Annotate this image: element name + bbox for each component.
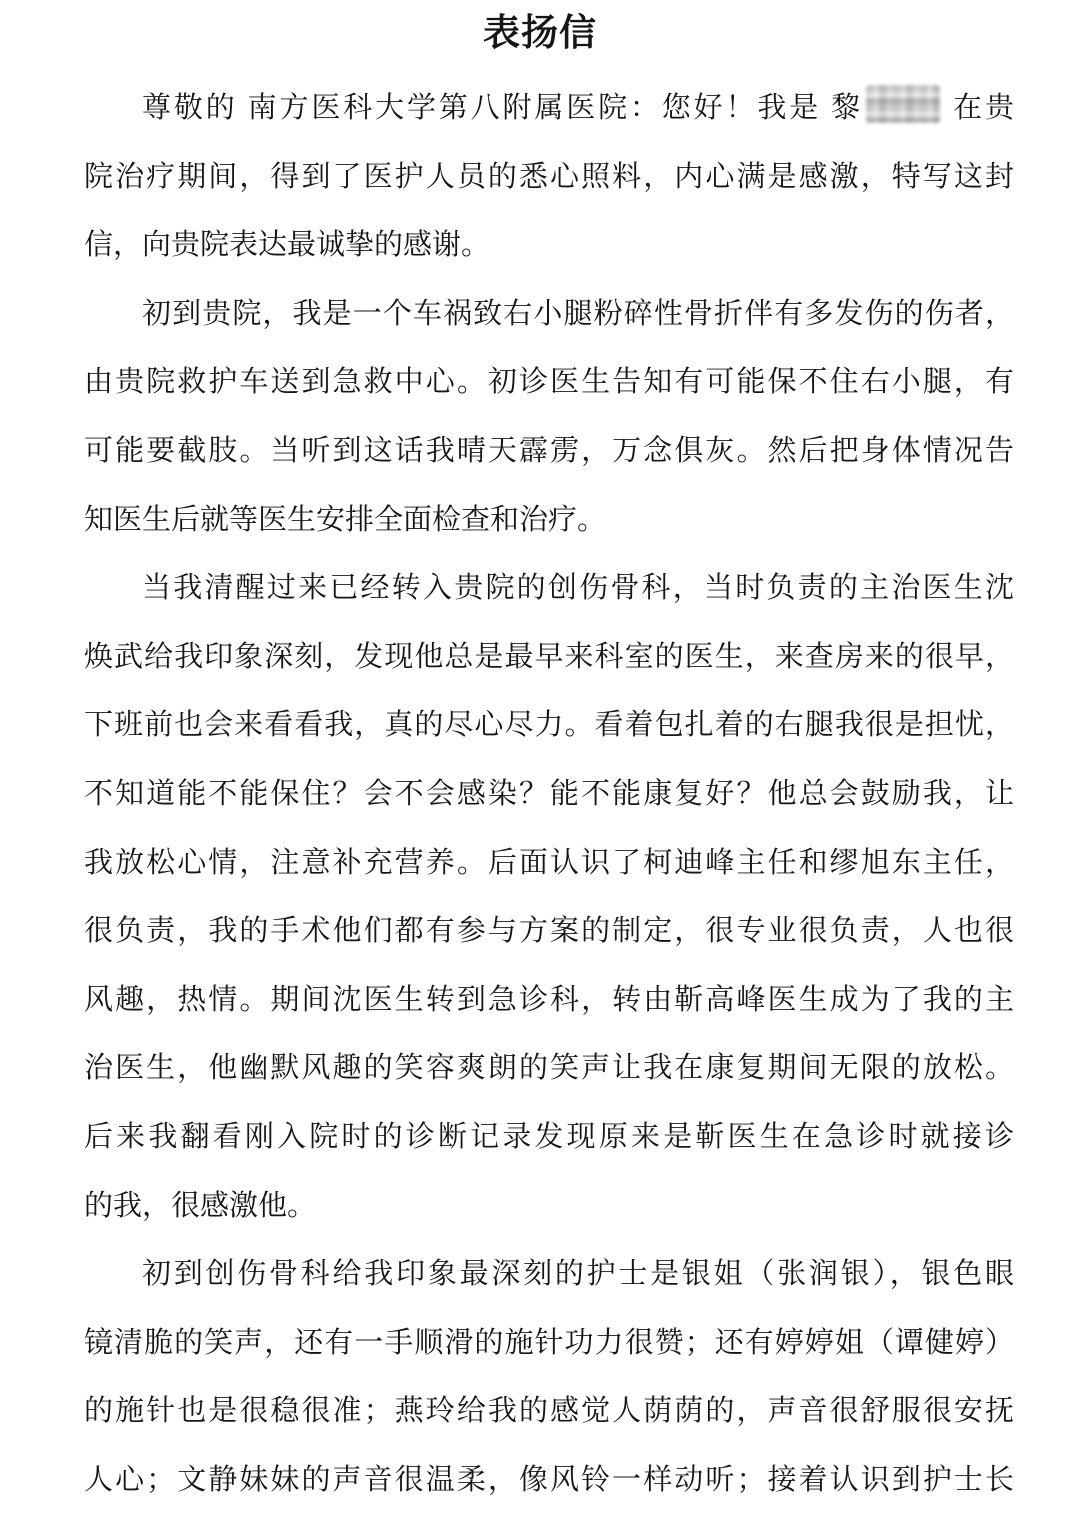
text-line: 知医生后就等医生安排全面检查和治疗。 — [84, 486, 1014, 555]
text-line: 尊敬的 南方医科大学第八附属医院：您好！我是 黎 在贵 — [84, 74, 1014, 143]
paragraph: 当我清醒过来已经转入贵院的创伤骨科，当时负责的主治医生沈焕武给我印象深刻，发现他… — [84, 554, 1014, 1240]
redacted-name — [866, 85, 940, 123]
text-line: 治医生，他幽默风趣的笑容爽朗的笑声让我在康复期间无限的放松。 — [84, 1034, 1014, 1103]
text-line: 不知道能不能保住？会不会感染？能不能康复好？他总会鼓励我，让 — [84, 760, 1014, 829]
document-title: 表扬信 — [0, 0, 1080, 58]
text-line: 镜清脆的笑声，还有一手顺滑的施针功力很赞；还有婷婷姐（谭健婷） — [84, 1309, 1014, 1378]
text-line: 我放松心情，注意补充营养。后面认识了柯迪峰主任和缪旭东主任， — [84, 829, 1014, 898]
text-line: 的施针也是很稳很准；燕玲给我的感觉人荫荫的，声音很舒服很安抚 — [84, 1377, 1014, 1446]
paragraph: 尊敬的 南方医科大学第八附属医院：您好！我是 黎 在贵院治疗期间，得到了医护人员… — [84, 74, 1014, 280]
text-line: 信，向贵院表达最诚挚的感谢。 — [84, 211, 1014, 280]
text-line: 当我清醒过来已经转入贵院的创伤骨科，当时负责的主治医生沈 — [84, 554, 1014, 623]
paragraph: 初到贵院，我是一个车祸致右小腿粉碎性骨折伴有多发伤的伤者，由贵院救护车送到急救中… — [84, 280, 1014, 554]
text-line: 后来我翻看刚入院时的诊断记录发现原来是靳医生在急诊时就接诊 — [84, 1103, 1014, 1172]
text-line: 初到创伤骨科给我印象最深刻的护士是银姐（张润银），银色眼 — [84, 1240, 1014, 1309]
letter-body: 尊敬的 南方医科大学第八附属医院：您好！我是 黎 在贵院治疗期间，得到了医护人员… — [0, 74, 1014, 1514]
text-line: 人心；文静妹妹的声音很温柔，像风铃一样动听；接着认识到护士长 — [84, 1446, 1014, 1515]
document-page: 表扬信 尊敬的 南方医科大学第八附属医院：您好！我是 黎 在贵院治疗期间，得到了… — [0, 0, 1080, 1527]
text-line: 的我，很感激他。 — [84, 1172, 1014, 1241]
text-line: 下班前也会来看看我，真的尽心尽力。看着包扎着的右腿我很是担忧， — [84, 691, 1014, 760]
paragraph: 初到创伤骨科给我印象最深刻的护士是银姐（张润银），银色眼镜清脆的笑声，还有一手顺… — [84, 1240, 1014, 1514]
text-line: 初到贵院，我是一个车祸致右小腿粉碎性骨折伴有多发伤的伤者， — [84, 280, 1014, 349]
text-line: 由贵院救护车送到急救中心。初诊医生告知有可能保不住右小腿，有 — [84, 348, 1014, 417]
text-line: 可能要截肢。当听到这话我晴天霹雳，万念俱灰。然后把身体情况告 — [84, 417, 1014, 486]
text-line: 很负责，我的手术他们都有参与方案的制定，很专业很负责，人也很 — [84, 897, 1014, 966]
text-line: 院治疗期间，得到了医护人员的悉心照料，内心满是感激，特写这封 — [84, 143, 1014, 212]
text-line: 风趣，热情。期间沈医生转到急诊科，转由靳高峰医生成为了我的主 — [84, 966, 1014, 1035]
text-line: 焕武给我印象深刻，发现他总是最早来科室的医生，来查房来的很早， — [84, 623, 1014, 692]
